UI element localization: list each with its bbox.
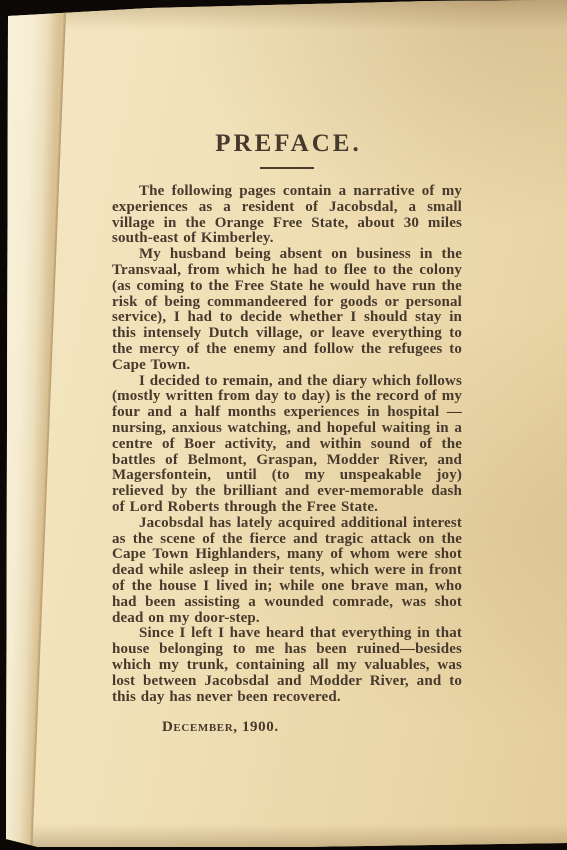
paragraph-1: The following pages contain a narrative … (112, 184, 462, 247)
page-top-shadow (0, 0, 567, 30)
paragraph-2: My husband being absent on business in t… (112, 247, 462, 373)
paragraph-3: I decided to remain, and the diary which… (112, 374, 462, 516)
paragraph-4: Jacobsdal has lately acquired additional… (112, 516, 462, 627)
book-photo: PREFACE. The following pages contain a n… (0, 0, 567, 850)
preface-text-block: PREFACE. The following pages contain a n… (112, 130, 462, 736)
dateline: December, 1900. (112, 719, 462, 736)
paragraph-5: Since I left I have heard that everythin… (112, 626, 462, 705)
book-page: PREFACE. The following pages contain a n… (0, 0, 567, 850)
title-rule (260, 167, 314, 169)
page-bottom-shadow (0, 824, 567, 850)
preface-body: The following pages contain a narrative … (112, 184, 462, 705)
page-title: PREFACE. (112, 130, 462, 158)
